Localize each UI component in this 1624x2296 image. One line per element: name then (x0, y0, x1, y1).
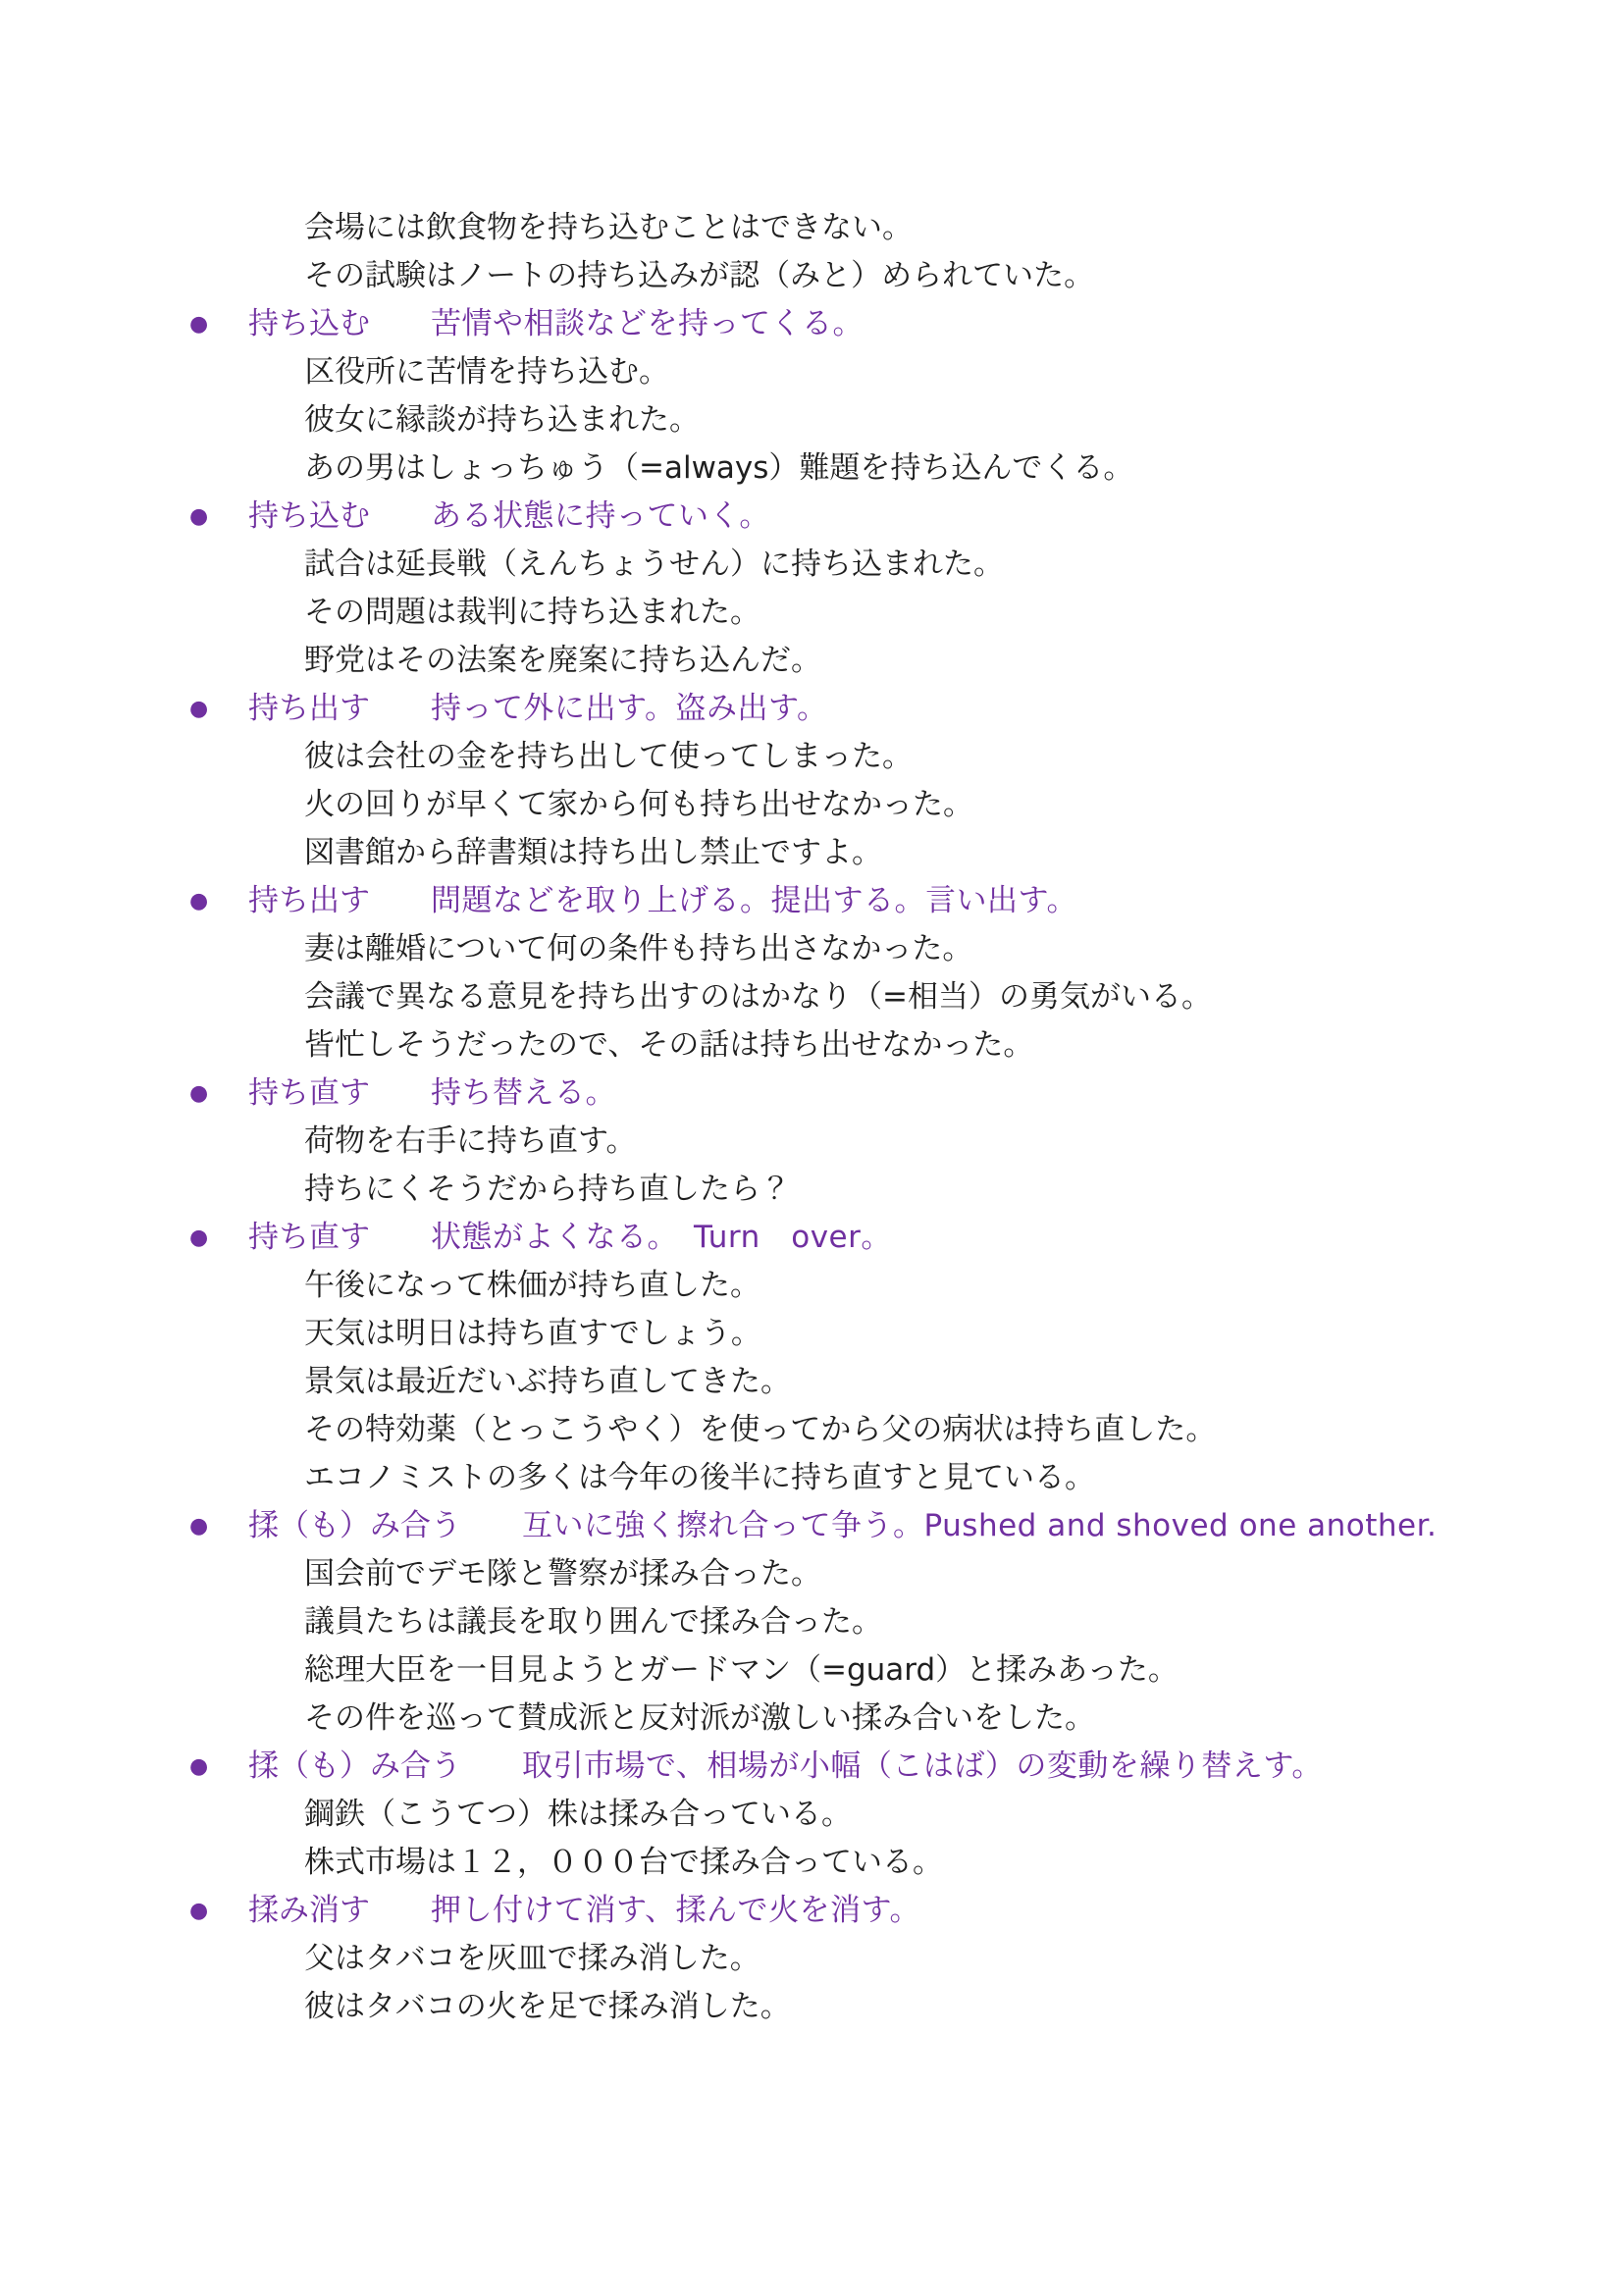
example-sentence: 国会前でデモ隊と警察が揉み合った。 (0, 1550, 1624, 1598)
headword: 持ち直す (248, 1075, 370, 1111)
bullet-icon: ● (189, 877, 248, 925)
document-page: 会場には飲食物を持ち込むことはできない。その試験はノートの持ち込みが認（みと）め… (0, 0, 1624, 2296)
example-sentence: 野党はその法案を廃案に持ち込んだ。 (0, 637, 1624, 685)
bullet-icon: ● (189, 685, 248, 733)
vocab-entry-line: ●持ち込むある状態に持っていく。 (0, 493, 1624, 541)
definition: 取引市場で、相場が小幅（こはば）の変動を繰り替えす。 (522, 1748, 1323, 1784)
definition: 問題などを取り上げる。提出する。言い出す。 (431, 883, 1077, 918)
headword: 持ち込む (248, 306, 370, 341)
example-sentence: その試験はノートの持ち込みが認（みと）められていた。 (0, 252, 1624, 300)
definition: 押し付けて消す、揉んで火を消す。 (431, 1893, 920, 1928)
bullet-icon: ● (189, 300, 248, 348)
vocab-entry-line: ●持ち出す持って外に出す。盗み出す。 (0, 685, 1624, 733)
example-sentence: 会議で異なる意見を持ち出すのはかなり（=相当）の勇気がいる。 (0, 973, 1624, 1021)
vocab-entry-line: ●持ち込む苦情や相談などを持ってくる。 (0, 300, 1624, 348)
example-sentence: 議員たちは議長を取り囲んで揉み合った。 (0, 1598, 1624, 1646)
vocab-list: 会場には飲食物を持ち込むことはできない。その試験はノートの持ち込みが認（みと）め… (0, 204, 1624, 2031)
example-sentence: 荷物を右手に持ち直す。 (0, 1118, 1624, 1166)
example-sentence: 株式市場は１２，０００台で揉み合っている。 (0, 1839, 1624, 1887)
example-sentence: 彼は会社の金を持ち出して使ってしまった。 (0, 733, 1624, 781)
headword: 揉み消す (248, 1893, 370, 1928)
example-sentence: 会場には飲食物を持ち込むことはできない。 (0, 204, 1624, 252)
example-sentence: その問題は裁判に持ち込まれた。 (0, 589, 1624, 637)
example-sentence: 皆忙しそうだったので、その話は持ち出せなかった。 (0, 1021, 1624, 1070)
example-sentence: その特効薬（とっこうやく）を使ってから父の病状は持ち直した。 (0, 1406, 1624, 1454)
example-sentence: 景気は最近だいぶ持ち直してきた。 (0, 1358, 1624, 1406)
example-sentence: 持ちにくそうだから持ち直したら？ (0, 1166, 1624, 1214)
example-sentence: 彼はタバコの火を足で揉み消した。 (0, 1983, 1624, 2031)
example-sentence: 試合は延長戦（えんちょうせん）に持ち込まれた。 (0, 541, 1624, 589)
vocab-entry-line: ●揉み消す押し付けて消す、揉んで火を消す。 (0, 1887, 1624, 1935)
vocab-entry-line: ●持ち直す持ち替える。 (0, 1070, 1624, 1118)
example-sentence: 図書館から辞書類は持ち出し禁止ですよ。 (0, 829, 1624, 877)
definition: 苦情や相談などを持ってくる。 (431, 306, 864, 341)
bullet-icon: ● (189, 493, 248, 541)
example-sentence: 妻は離婚について何の条件も持ち出さなかった。 (0, 925, 1624, 973)
definition: 持ち替える。 (431, 1075, 616, 1111)
example-sentence: 天気は明日は持ち直すでしょう。 (0, 1310, 1624, 1358)
bullet-icon: ● (189, 1887, 248, 1935)
headword: 持ち込む (248, 498, 370, 534)
vocab-entry-line: ●揉（も）み合う取引市場で、相場が小幅（こはば）の変動を繰り替えす。 (0, 1743, 1624, 1791)
bullet-icon: ● (189, 1070, 248, 1118)
definition: ある状態に持っていく。 (431, 498, 770, 534)
example-sentence: 午後になって株価が持ち直した。 (0, 1262, 1624, 1310)
vocab-entry-line: ●持ち直す状態がよくなる。 Turn over。 (0, 1214, 1624, 1262)
example-sentence: 父はタバコを灰皿で揉み消した。 (0, 1935, 1624, 1983)
definition: 互いに強く擦れ合って争う。Pushed and shoved one anoth… (522, 1508, 1437, 1543)
example-sentence: 鋼鉄（こうてつ）株は揉み合っている。 (0, 1791, 1624, 1839)
example-sentence: 彼女に縁談が持ち込まれた。 (0, 396, 1624, 444)
example-sentence: 区役所に苦情を持ち込む。 (0, 348, 1624, 396)
bullet-icon: ● (189, 1502, 248, 1550)
vocab-entry-line: ●揉（も）み合う互いに強く擦れ合って争う。Pushed and shoved o… (0, 1502, 1624, 1550)
definition: 持って外に出す。盗み出す。 (431, 691, 828, 726)
example-sentence: 総理大臣を一目見ようとガードマン（=guard）と揉みあった。 (0, 1646, 1624, 1695)
headword: 揉（も）み合う (248, 1508, 461, 1543)
headword: 持ち出す (248, 883, 370, 918)
headword: 持ち出す (248, 691, 370, 726)
vocab-entry-line: ●持ち出す問題などを取り上げる。提出する。言い出す。 (0, 877, 1624, 925)
headword: 持ち直す (248, 1220, 370, 1255)
example-sentence: 火の回りが早くて家から何も持ち出せなかった。 (0, 781, 1624, 829)
headword: 揉（も）み合う (248, 1748, 461, 1784)
definition: 状態がよくなる。 Turn over。 (431, 1220, 892, 1255)
example-sentence: その件を巡って賛成派と反対派が激しい揉み合いをした。 (0, 1695, 1624, 1743)
bullet-icon: ● (189, 1214, 248, 1262)
example-sentence: あの男はしょっちゅう（=always）難題を持ち込んでくる。 (0, 444, 1624, 493)
bullet-icon: ● (189, 1743, 248, 1791)
example-sentence: エコノミストの多くは今年の後半に持ち直すと見ている。 (0, 1454, 1624, 1502)
